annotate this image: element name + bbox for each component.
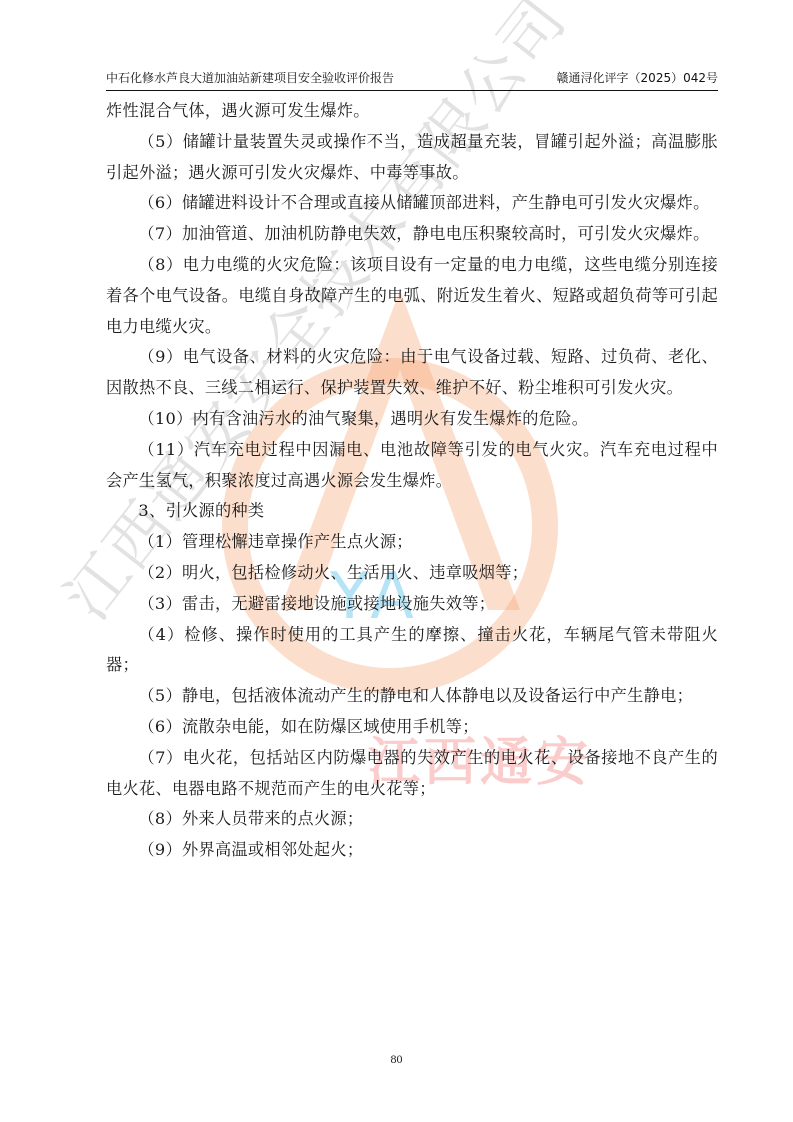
list-item: （7）电火花，包括站区内防爆电器的失效产生的电火花、设备接地不良产生的电火花、电… <box>106 743 718 805</box>
paragraph: （9）电气设备、材料的火灾危险：由于电气设备过载、短路、过负荷、老化、因散热不良… <box>106 342 718 404</box>
page-header: 中石化修水芦良大道加油站新建项目安全验收评价报告 赣通浔化评字（2025）042… <box>106 70 718 91</box>
list-item: （3）雷击，无避雷接地设施或接地设施失效等； <box>106 589 718 620</box>
paragraph: （7）加油管道、加油机防静电失效，静电电压积聚较高时，可引发火灾爆炸。 <box>106 219 718 250</box>
paragraph: （10）内有含油污水的油气聚集，遇明火有发生爆炸的危险。 <box>106 404 718 435</box>
report-title: 中石化修水芦良大道加油站新建项目安全验收评价报告 <box>106 70 394 86</box>
paragraph: （8）电力电缆的火灾危险：该项目设有一定量的电力电缆，这些电缆分别连接着各个电气… <box>106 250 718 342</box>
paragraph: （6）储罐进料设计不合理或直接从储罐顶部进料，产生静电可引发火灾爆炸。 <box>106 188 718 219</box>
paragraph: （11）汽车充电过程中因漏电、电池故障等引发的电气火灾。汽车充电过程中会产生氢气… <box>106 435 718 497</box>
document-number: 赣通浔化评字（2025）042号 <box>557 70 718 86</box>
section-heading: 3、引火源的种类 <box>106 496 718 527</box>
list-item: （1）管理松懈违章操作产生点火源； <box>106 527 718 558</box>
list-item: （2）明火，包括检修动火、生活用火、违章吸烟等； <box>106 558 718 589</box>
list-item: （8）外来人员带来的点火源； <box>106 804 718 835</box>
list-item: （4）检修、操作时使用的工具产生的摩擦、撞击火花，车辆尾气管未带阻火器； <box>106 620 718 682</box>
list-item: （9）外界高温或相邻处起火； <box>106 835 718 866</box>
page-number: 80 <box>0 1052 793 1067</box>
paragraph: （5）储罐计量装置失灵或操作不当，造成超量充装，冒罐引起外溢；高温膨胀引起外溢；… <box>106 127 718 189</box>
paragraph: 炸性混合气体，遇火源可发生爆炸。 <box>106 96 718 127</box>
list-item: （5）静电，包括液体流动产生的静电和人体静电以及设备运行中产生静电； <box>106 681 718 712</box>
list-item: （6）流散杂电能，如在防爆区域使用手机等； <box>106 712 718 743</box>
body-text: 炸性混合气体，遇火源可发生爆炸。 （5）储罐计量装置失灵或操作不当，造成超量充装… <box>106 96 718 866</box>
